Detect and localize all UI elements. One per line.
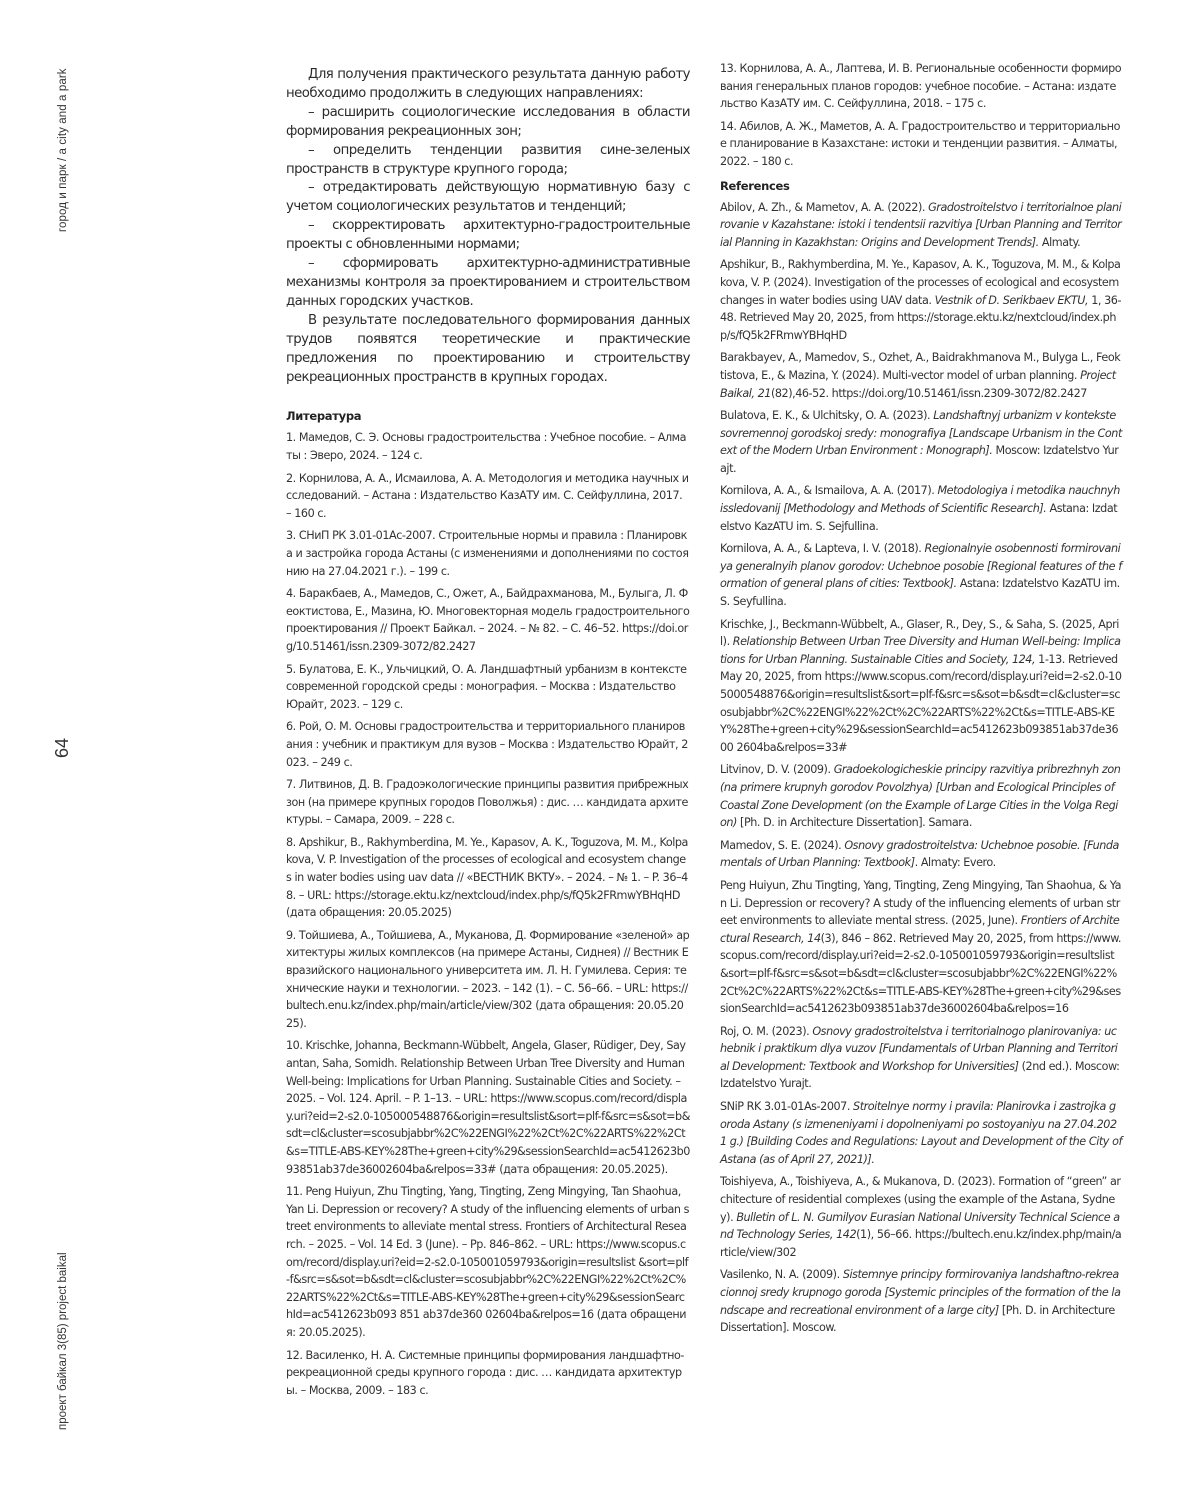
reference-item: SNiP RK 3.01-01As-2007. Stroitelnye norm… — [720, 1098, 1122, 1168]
literature-item: 7. Литвинов, Д. В. Градоэкологические пр… — [286, 776, 690, 829]
literature-item: 2. Корнилова, А. А., Исмаилова, А. А. Ме… — [286, 470, 690, 523]
literature-item: 12. Василенко, Н. А. Системные принципы … — [286, 1347, 690, 1400]
literature-heading: Литература — [286, 409, 690, 423]
reference-item: Toishiyeva, A., Toishiyeva, A., & Mukano… — [720, 1173, 1122, 1261]
literature-item: 13. Корнилова, А. А., Лаптева, И. В. Рег… — [720, 60, 1122, 113]
literature-item: 6. Рой, О. М. Основы градостроительства … — [286, 718, 690, 771]
body-text: Для получения практического результата д… — [286, 66, 690, 387]
literature-item: 9. Тойшиева, А., Тойшиева, А., Муканова,… — [286, 927, 690, 1033]
list-item: – сформировать архитектурно-администрати… — [286, 255, 690, 312]
literature-item: 11. Peng Huiyun, Zhu Tingting, Yang, Tin… — [286, 1183, 690, 1341]
list-item: – расширить социологические исследования… — [286, 104, 690, 142]
references-heading: References — [720, 179, 1122, 193]
reference-item: Vasilenko, N. A. (2009). Sistemnye princ… — [720, 1266, 1122, 1336]
literature-list: 1. Мамедов, С. Э. Основы градостроительс… — [286, 429, 690, 1399]
reference-item: Barakbayev, A., Mamedov, S., Ozhet, A., … — [720, 349, 1122, 402]
literature-item: 3. СНиП РК 3.01-01Ас-2007. Строительные … — [286, 527, 690, 580]
running-head-bottom: проект байкал 3(85) project baikal — [57, 1252, 69, 1430]
running-head-top: город и парк / a city and a park — [57, 68, 69, 232]
reference-item: Apshikur, B., Rakhymberdina, M. Ye., Kap… — [720, 256, 1122, 344]
reference-item: Litvinov, D. V. (2009). Gradoekologiches… — [720, 761, 1122, 831]
literature-item: 10. Krischke, Johanna, Beckmann-Wübbelt,… — [286, 1037, 690, 1178]
list-item: – отредактировать действующую нормативну… — [286, 179, 690, 217]
reference-item: Abilov, A. Zh., & Mametov, A. A. (2022).… — [720, 199, 1122, 252]
right-column: 13. Корнилова, А. А., Лаптева, И. В. Рег… — [720, 60, 1122, 1342]
reference-item: Kornilova, A. A., & Lapteva, I. V. (2018… — [720, 540, 1122, 610]
body-paragraph: Для получения практического результата д… — [286, 66, 690, 104]
body-paragraph: В результате последовательного формирова… — [286, 312, 690, 388]
reference-item: Kornilova, A. A., & Ismailova, A. A. (20… — [720, 482, 1122, 535]
literature-item: 14. Абилов, А. Ж., Маметов, А. А. Градос… — [720, 118, 1122, 171]
page-number: 64 — [52, 738, 73, 758]
left-column: Для получения практического результата д… — [286, 60, 690, 1404]
literature-item: 1. Мамедов, С. Э. Основы градостроительс… — [286, 429, 690, 464]
list-item: – определить тенденции развития сине-зел… — [286, 142, 690, 180]
reference-item: Roj, O. M. (2023). Osnovy gradostroitels… — [720, 1023, 1122, 1093]
literature-item: 5. Булатова, Е. К., Ульчицкий, О. А. Лан… — [286, 661, 690, 714]
list-item: – скорректировать архитектурно-градостро… — [286, 217, 690, 255]
reference-item: Bulatova, E. K., & Ulchitsky, O. A. (202… — [720, 407, 1122, 477]
literature-item: 4. Баракбаев, А., Мамедов, С., Ожет, А.,… — [286, 585, 690, 655]
reference-item: Peng Huiyun, Zhu Tingting, Yang, Tingtin… — [720, 877, 1122, 1018]
reference-item: Mamedov, S. E. (2024). Osnovy gradostroi… — [720, 837, 1122, 872]
reference-item: Krischke, J., Beckmann-Wübbelt, A., Glas… — [720, 616, 1122, 757]
literature-item: 8. Apshikur, B., Rakhymberdina, M. Ye., … — [286, 834, 690, 922]
references-list: Abilov, A. Zh., & Mametov, A. A. (2022).… — [720, 199, 1122, 1337]
